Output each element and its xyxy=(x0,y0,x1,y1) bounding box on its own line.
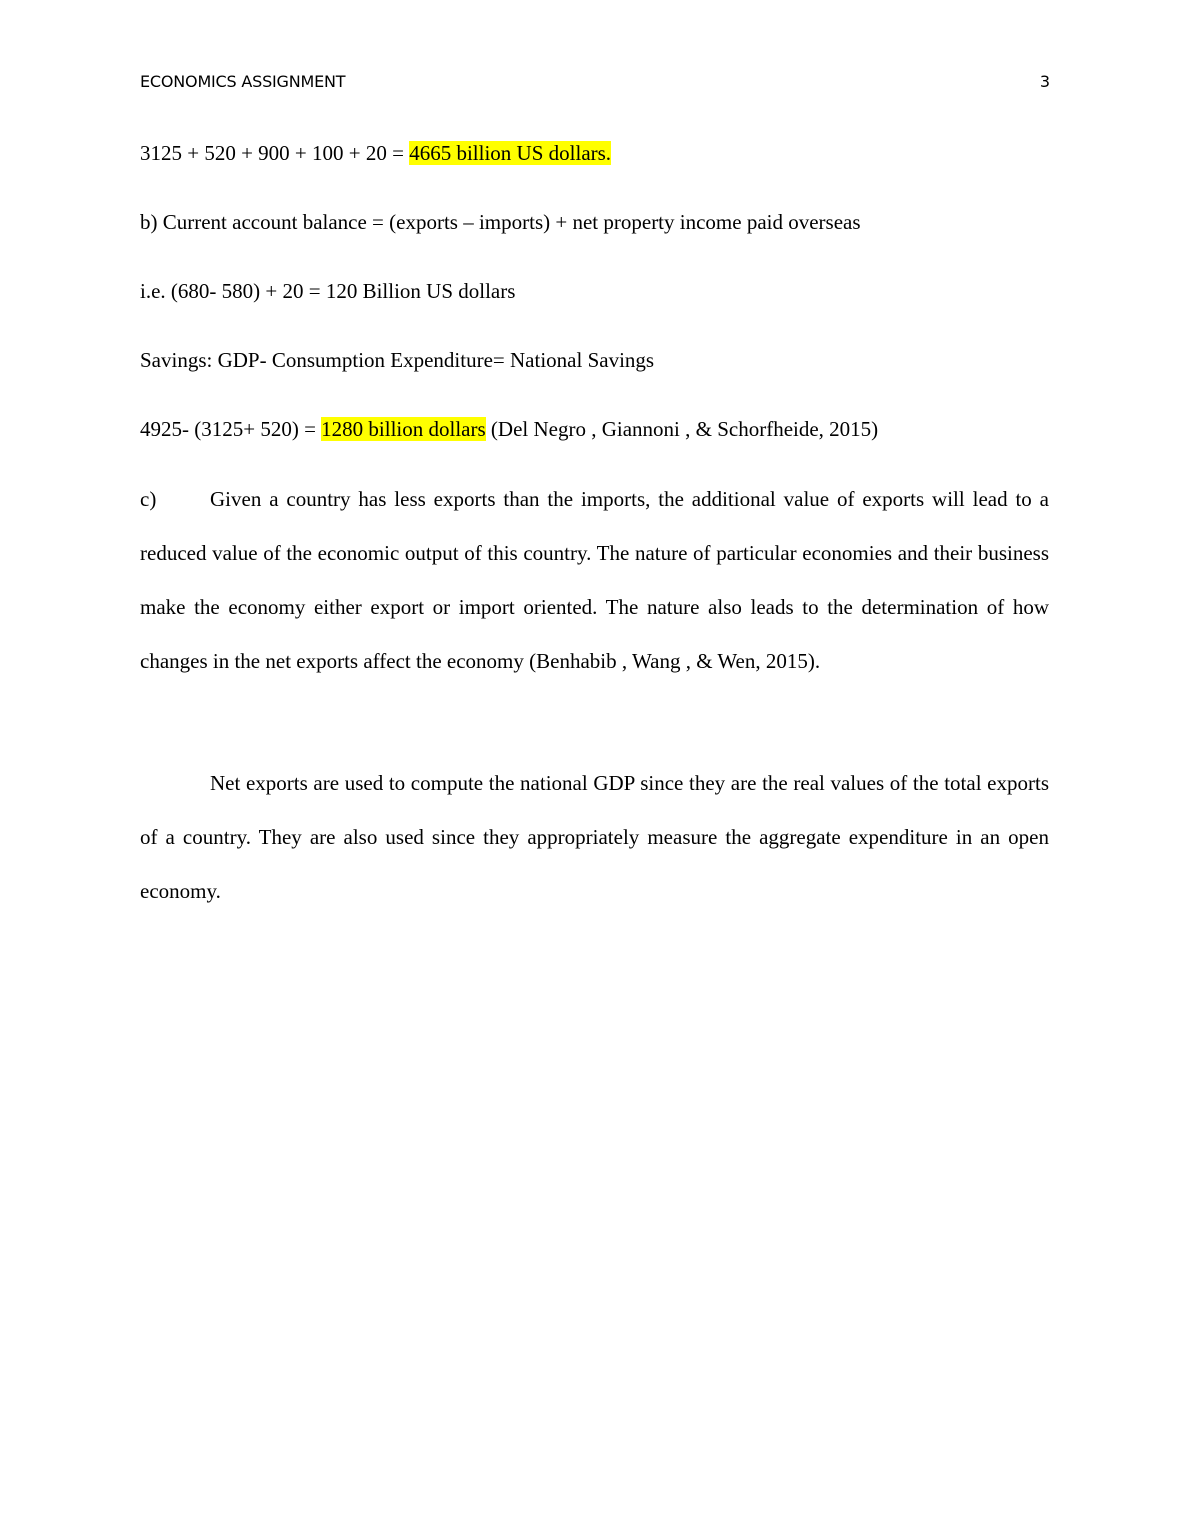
current-account-calculation: i.e. (680- 580) + 20 = 120 Billion US do… xyxy=(140,277,515,305)
savings-calculation: 4925- (3125+ 520) = xyxy=(140,417,321,441)
current-account-formula: b) Current account balance = (exports – … xyxy=(140,208,861,236)
savings-result-highlight: 1280 billion dollars xyxy=(321,417,486,441)
header-title: ECONOMICS ASSIGNMENT xyxy=(140,72,345,91)
document-page: ECONOMICS ASSIGNMENT 3 3125 + 520 + 900 … xyxy=(0,0,1190,1540)
paragraph-c-text: Given a country has less exports than th… xyxy=(140,487,1049,673)
gdp-result-highlight: 4665 billion US dollars. xyxy=(409,141,611,165)
savings-formula: Savings: GDP- Consumption Expenditure= N… xyxy=(140,346,654,374)
paragraph-net-exports: Net exports are used to compute the nati… xyxy=(140,756,1049,918)
page-header: ECONOMICS ASSIGNMENT 3 xyxy=(140,72,1050,96)
savings-citation: (Del Negro , Giannoni , & Schorfheide, 2… xyxy=(486,417,879,441)
gdp-calculation: 3125 + 520 + 900 + 100 + 20 = xyxy=(140,141,409,165)
paragraph-c: c)Given a country has less exports than … xyxy=(140,472,1049,688)
savings-calculation-line: 4925- (3125+ 520) = 1280 billion dollars… xyxy=(140,415,878,443)
page-number: 3 xyxy=(1040,72,1050,91)
paragraph-c-label: c) xyxy=(140,472,210,526)
gdp-calculation-line: 3125 + 520 + 900 + 100 + 20 = 4665 billi… xyxy=(140,139,611,167)
